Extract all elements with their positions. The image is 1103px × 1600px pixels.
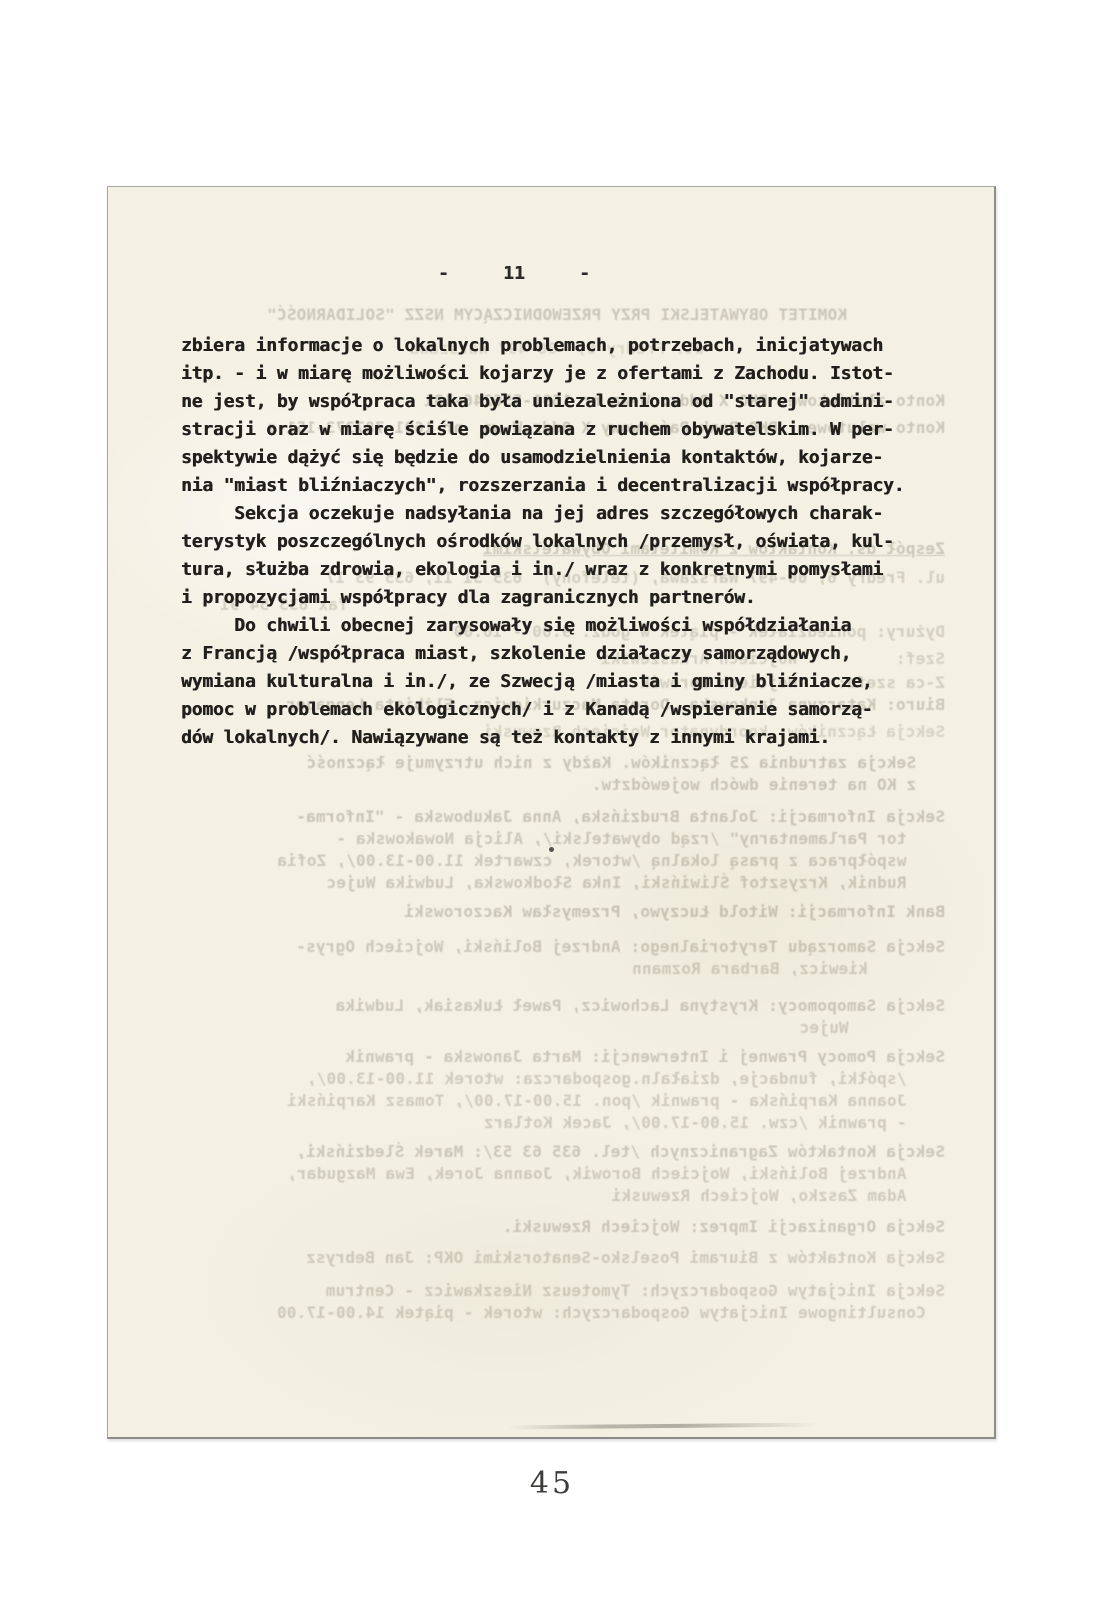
bleedthrough-line: tor Parlamentarny" /rząd obywatelski/, A…: [130, 829, 945, 849]
bleedthrough-line: Sekcja Organizacji Imprez: Wojciech Rzew…: [169, 1217, 945, 1237]
bleedthrough-line: KOMITET OBYWATELSKI PRZY PRZEWODNICZĄCYM…: [169, 305, 945, 325]
typed-line: Do chwili obecnej zarysowały się możliwo…: [181, 612, 921, 640]
typed-line: dów lokalnych/. Nawiązywane są też konta…: [181, 724, 921, 752]
bleedthrough-line: Wujec: [73, 1018, 945, 1038]
bleedthrough-line: Andrzej Boliński, Wojciech Borowik, Joan…: [130, 1164, 945, 1184]
page-header: - 11 -: [438, 263, 590, 285]
bleedthrough-line: Bank Informacji: Witold Łuczywo, Przemys…: [169, 902, 945, 922]
scan-background: KOMITET OBYWATELSKI PRZY PRZEWODNICZĄCYM…: [0, 0, 1103, 1600]
ink-dot-artifact: [549, 847, 554, 852]
bleedthrough-line: Sekcja Informacji: Jolanta Brudzińska, A…: [169, 807, 945, 827]
bleedthrough-line: Sekcja Inicjatyw Gospodarczych: Tymoteus…: [169, 1281, 945, 1301]
bleedthrough-line: Sekcja Kontaktów Zagranicznych /tel. 635…: [169, 1142, 945, 1162]
footer-page-number: 45: [512, 1468, 592, 1500]
bleedthrough-line: Rudnik, Krzysztof Śliwiński, Inka Słodko…: [130, 873, 945, 893]
header-dash-right: -: [579, 263, 590, 285]
typed-line: terystyk poszczególnych ośrodków lokalny…: [181, 528, 921, 556]
bleedthrough-line: Sekcja Samopomocy: Krystyna Lachowicz, P…: [169, 996, 945, 1016]
header-dash-left: -: [438, 263, 449, 285]
header-page-number: 11: [503, 263, 525, 285]
typed-line: stracji oraz w miarę ściśle powiązana z …: [181, 416, 921, 444]
typed-line: pomoc w problemach ekologicznych/ i z Ka…: [181, 696, 921, 724]
bleedthrough-line: Joanna Karpińska - prawnik /pon. 15.00-1…: [130, 1091, 945, 1111]
typed-line: wymiana kulturalna i in./, ze Szwecją /m…: [181, 668, 921, 696]
typed-line: ne jest, by współpraca taka była uniezal…: [181, 388, 921, 416]
bleedthrough-line: współpraca z prasą lokalną /wtorek, czwa…: [130, 851, 945, 871]
typed-line: Sekcja oczekuje nadsyłania na jej adres …: [181, 500, 921, 528]
typed-line: zbiera informacje o lokalnych problemach…: [181, 332, 921, 360]
typed-line: nia "miast bliźniaczych", rozszerzania i…: [181, 472, 921, 500]
typed-line: z Francją /współpraca miast, szkolenie d…: [181, 640, 921, 668]
bleedthrough-line: Sekcja Samorządu Terytorialnego: Andrzej…: [169, 937, 945, 957]
bleedthrough-line: /spółki, fundacje, działaln.gospodarcza:…: [130, 1069, 945, 1089]
bleedthrough-line: Sekcja zatrudnia 25 łączników. Każdy z n…: [140, 753, 945, 773]
typed-line: tura, służba zdrowia, ekologia i in./ wr…: [181, 556, 921, 584]
typed-line: itp. - i w miarę możliwości kojarzy je z…: [181, 360, 921, 388]
bleedthrough-line: Consultingowe Inicjatyw Gospodarczych: w…: [150, 1303, 945, 1323]
typed-body-text: zbiera informacje o lokalnych problemach…: [181, 332, 921, 752]
typed-line: spektywie dążyć się będzie do usamodziel…: [181, 444, 921, 472]
bleedthrough-line: z KO na terenie dwóch województw.: [140, 775, 945, 795]
document-page: KOMITET OBYWATELSKI PRZY PRZEWODNICZĄCYM…: [107, 186, 996, 1439]
bleedthrough-line: Adam Zaszko, Wojciech Rzewuski: [130, 1186, 945, 1206]
bleedthrough-line: Sekcja Pomocy Prawnej i Interwencji: Mar…: [169, 1047, 945, 1067]
bleedthrough-line: kiewicz, Barbara Rozmann: [92, 959, 945, 979]
bleedthrough-line: - prawnik /czw. 15.00-17.00/, Jacek Kotl…: [130, 1113, 945, 1133]
typed-line: i propozycjami współpracy dla zagraniczn…: [181, 584, 921, 612]
bleedthrough-line: Sekcja Kontaktów z Biurami Poselsko-Sena…: [169, 1248, 945, 1268]
